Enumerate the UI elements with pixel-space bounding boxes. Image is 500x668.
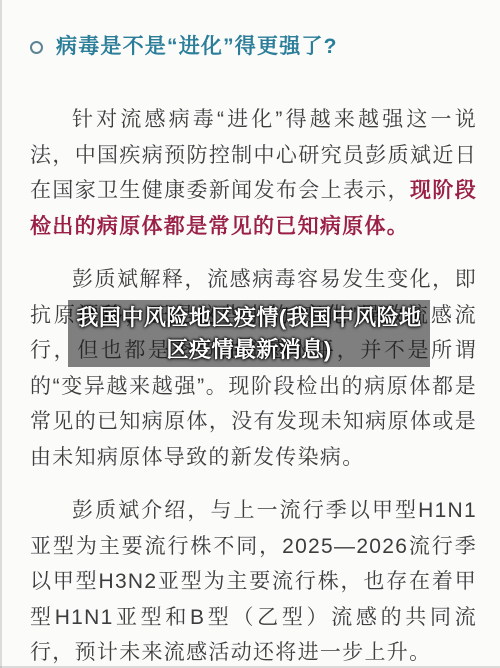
article-page: 病毒是不是“进化”得更强了? 针对流感病毒“进化”得越来越强这一说法，中国疾病预… [0, 0, 500, 668]
article-title-text: 病毒是不是“进化”得更强了? [56, 32, 338, 62]
paragraph-flu-season-detail: 彭质斌介绍，与上一流行季以甲型H1N1亚型为主要流行株不同，2025—2026流… [30, 493, 477, 668]
paragraph-intro: 针对流感病毒“进化”得越来越强这一说法，中国疾病预防控制中心研究员彭质斌近日在国… [30, 102, 477, 244]
watermark-overlay: 我国中风险地区疫情(我国中风险地区疫情最新消息) [68, 300, 430, 367]
paragraph-explanation: 彭质斌解释，流感病毒容易发生变化，即抗原漂移，正是这些小的“变化”导致流感流行，… [30, 262, 477, 475]
article-title: 病毒是不是“进化”得更强了? [30, 32, 477, 62]
watermark-caption: 我国中风险地区疫情(我国中风险地区疫情最新消息) [70, 302, 428, 366]
circle-bullet-icon [30, 41, 43, 54]
